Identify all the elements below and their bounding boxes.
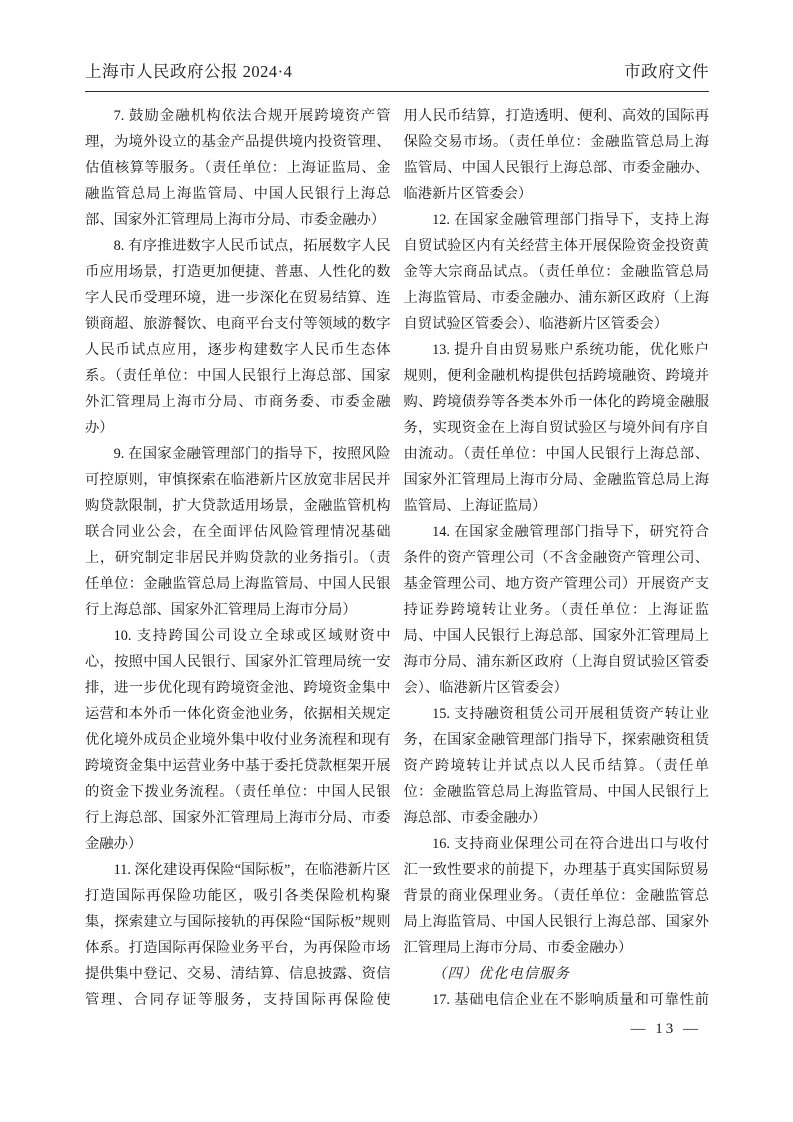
- gazette-page: 上海市人民政府公报 2024·4 市政府文件 7. 鼓励金融机构依法合规开展跨境…: [0, 0, 793, 1122]
- paragraph: 11. 深化建设再保险“国际板”，在临港新片区打造国际再保险功能区，吸引各类保险…: [85, 857, 391, 1013]
- paragraph: 17. 基础电信企业在不影响质量和可靠性前: [404, 987, 710, 1013]
- paragraph: （四）优化电信服务: [404, 961, 710, 987]
- paragraph: 16. 支持商业保理公司在符合进出口与收付汇一致性要求的前提下，办理基于真实国际…: [404, 831, 710, 961]
- left-column: 7. 鼓励金融机构依法合规开展跨境资产管理，为境外设立的基金产品提供境内投资管理…: [85, 103, 391, 1013]
- paragraph: 10. 支持跨国公司设立全球或区域财资中心，按照中国人民银行、国家外汇管理局统一…: [85, 623, 391, 857]
- paragraph: 15. 支持融资租赁公司开展租赁资产转让业务，在国家金融管理部门指导下，探索融资…: [404, 701, 710, 831]
- paragraph: 用人民币结算，打造透明、便利、高效的国际再保险交易市场。（责任单位：金融监管总局…: [404, 103, 710, 207]
- header-section-label: 市政府文件: [624, 58, 709, 82]
- paragraph: 12. 在国家金融管理部门指导下，支持上海自贸试验区内有关经营主体开展保险资金投…: [404, 207, 710, 337]
- content-columns: 7. 鼓励金融机构依法合规开展跨境资产管理，为境外设立的基金产品提供境内投资管理…: [85, 103, 709, 1013]
- gazette-title: 上海市人民政府公报 2024·4: [85, 58, 292, 82]
- paragraph: 13. 提升自由贸易账户系统功能，优化账户规则，便利金融机构提供包括跨境融资、跨…: [404, 337, 710, 519]
- page-header: 上海市人民政府公报 2024·4 市政府文件: [85, 58, 709, 92]
- paragraph: 7. 鼓励金融机构依法合规开展跨境资产管理，为境外设立的基金产品提供境内投资管理…: [85, 103, 391, 233]
- paragraph: 14. 在国家金融管理部门指导下，研究符合条件的资产管理公司（不含金融资产管理公…: [404, 519, 710, 701]
- paragraph: 8. 有序推进数字人民币试点，拓展数字人民币应用场景，打造更加便捷、普惠、人性化…: [85, 233, 391, 441]
- page-number: — 13 —: [631, 1021, 702, 1038]
- paragraph: 9. 在国家金融管理部门的指导下，按照风险可控原则，审慎探索在临港新片区放宽非居…: [85, 441, 391, 623]
- right-column: 用人民币结算，打造透明、便利、高效的国际再保险交易市场。（责任单位：金融监管总局…: [404, 103, 710, 1013]
